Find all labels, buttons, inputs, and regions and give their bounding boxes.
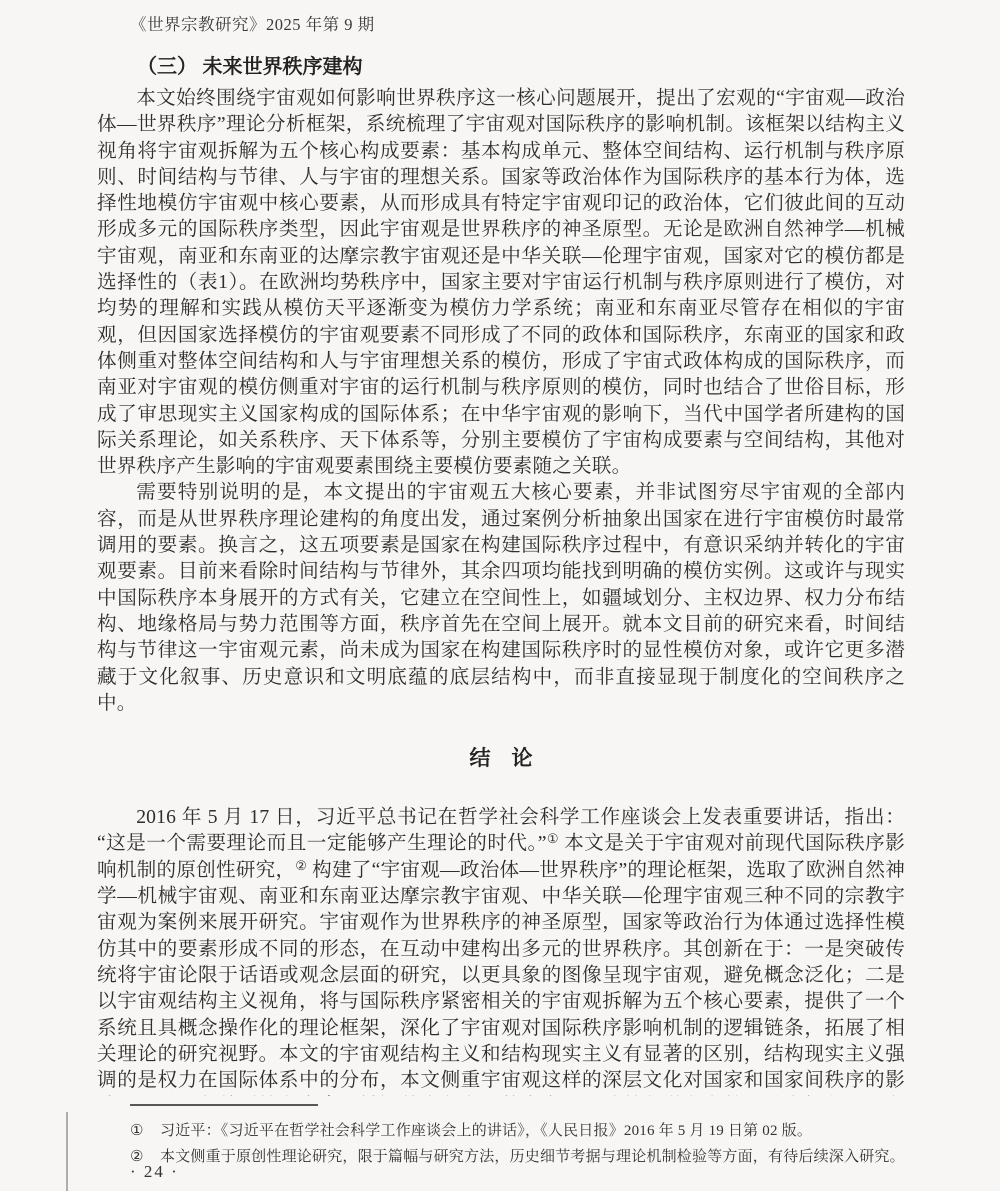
footnote-area: ① 习近平：《习近平在哲学社会科学工作座谈会上的讲话》，《人民日报》2016 年… xyxy=(97,1098,905,1170)
footnote-marker: ① xyxy=(130,1118,160,1144)
section-heading: （三） 未来世界秩序建构 xyxy=(97,54,905,81)
footnote-ref-1: ① xyxy=(547,831,559,846)
footnote-text: 本文侧重于原创性理论研究，限于篇幅与研究方法，历史细节考据与理论机制检验等方面，… xyxy=(160,1144,905,1170)
scan-edge-artifact xyxy=(66,1112,68,1191)
footnote-text: 习近平：《习近平在哲学社会科学工作座谈会上的讲话》，《人民日报》2016 年 5… xyxy=(160,1118,905,1144)
page-number: · 24 · xyxy=(130,1162,179,1182)
page-content: （三） 未来世界秩序建构 本文始终围绕宇宙观如何影响世界秩序这一核心问题展开，提… xyxy=(97,54,905,1096)
conclusion-heading: 结 论 xyxy=(97,746,905,772)
conclusion-text-segment: 构建了“宇宙观—政治体—世界秩序”的理论框架，选取了欧洲自然神学—机械宇宙观、南… xyxy=(97,860,905,1096)
body-paragraph-1: 本文始终围绕宇宙观如何影响世界秩序这一核心问题展开，提出了宏观的“宇宙观—政治体… xyxy=(97,86,905,480)
running-header: 《世界宗教研究》2025 年第 9 期 xyxy=(130,14,375,36)
footnote-ref-2: ② xyxy=(295,858,307,873)
footnote-item: ② 本文侧重于原创性理论研究，限于篇幅与研究方法，历史细节考据与理论机制检验等方… xyxy=(97,1144,905,1170)
journal-page: 《世界宗教研究》2025 年第 9 期 （三） 未来世界秩序建构 本文始终围绕宇… xyxy=(0,0,1000,1191)
conclusion-paragraph: 2016 年 5 月 17 日，习近平总书记在哲学社会科学工作座谈会上发表重要讲… xyxy=(97,805,905,1096)
footnote-item: ① 习近平：《习近平在哲学社会科学工作座谈会上的讲话》，《人民日报》2016 年… xyxy=(97,1118,905,1144)
body-paragraph-2: 需要特别说明的是，本文提出的宇宙观五大核心要素，并非试图穷尽宇宙观的全部内容，而… xyxy=(97,480,905,717)
footnote-divider xyxy=(130,1104,318,1106)
